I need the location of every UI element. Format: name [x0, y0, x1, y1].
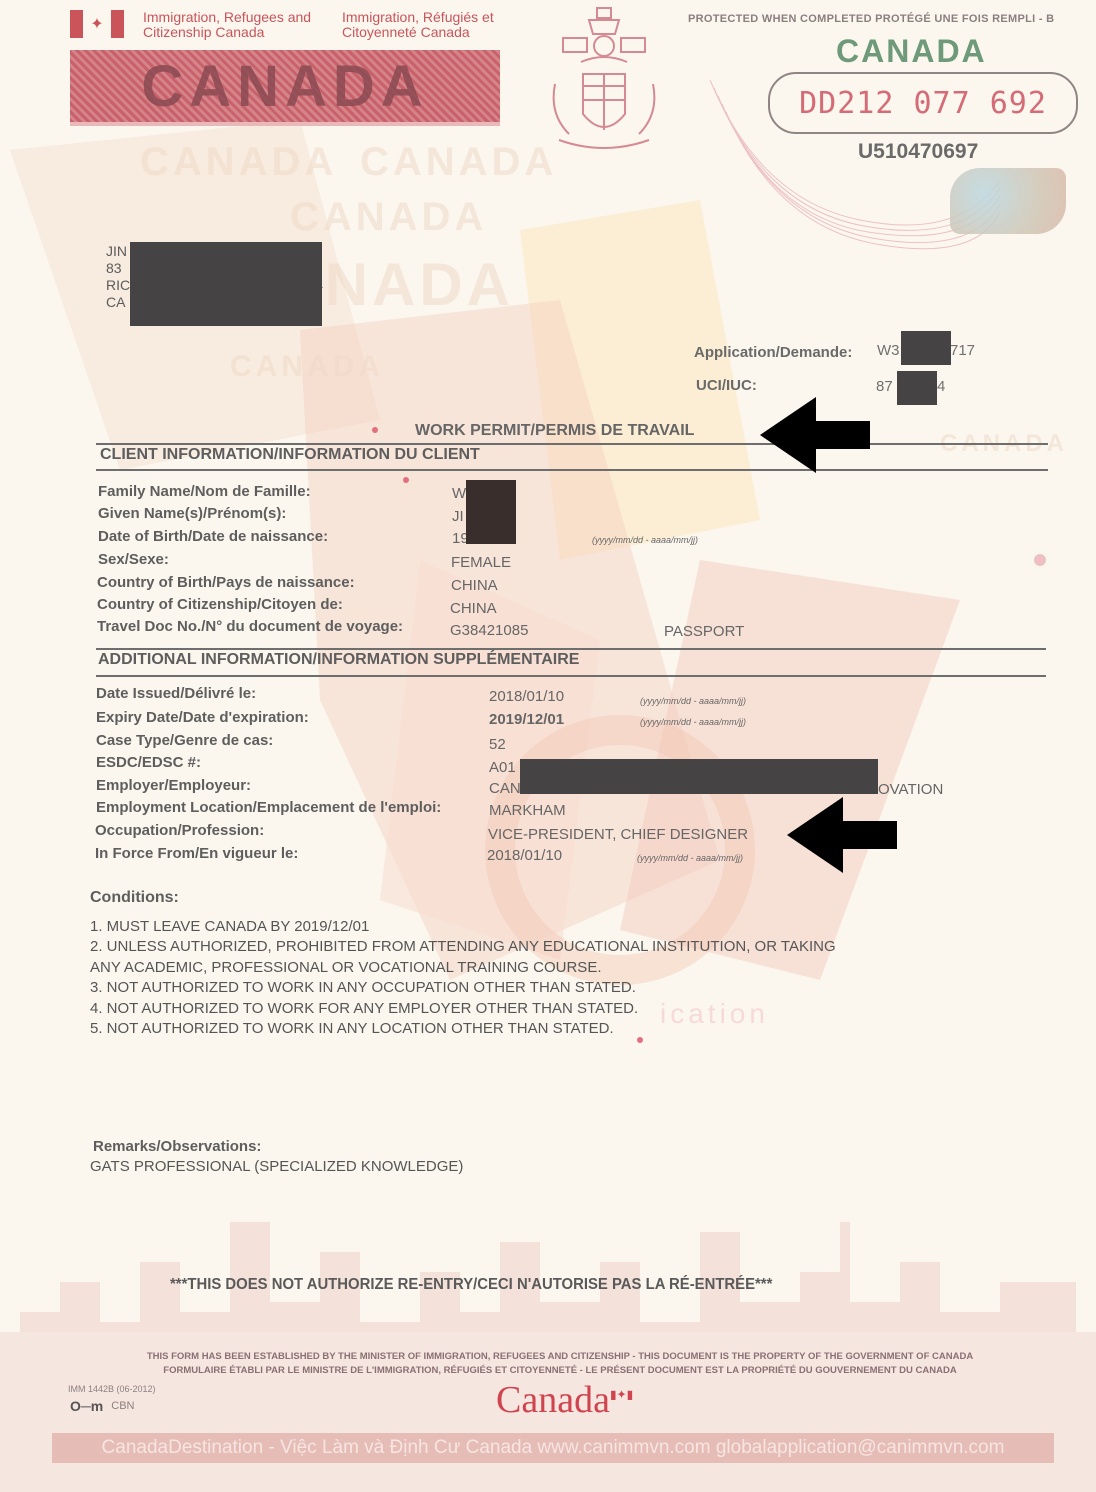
field-label: Date Issued/Délivré le:: [96, 685, 256, 702]
country-of-birth-value: CHINA: [451, 577, 498, 594]
date-format-hint: (yyyy/mm/dd - aaaa/mm/jj): [592, 535, 698, 545]
legal-notice: THIS FORM HAS BEEN ESTABLISHED BY THE MI…: [60, 1350, 1060, 1378]
travel-doc-value: G38421085: [450, 622, 528, 639]
date-issued-value: 2018/01/10: [489, 688, 564, 705]
field-label: In Force From/En vigueur le:: [95, 845, 298, 862]
employer-value-tail: OVATION: [878, 781, 943, 798]
redaction-block: [130, 242, 322, 326]
sex-value: FEMALE: [451, 554, 511, 571]
condition-item: ANY ACADEMIC, PROFESSIONAL OR VOCATIONAL…: [90, 958, 836, 979]
remarks-text: GATS PROFESSIONAL (SPECIALIZED KNOWLEDGE…: [90, 1157, 463, 1177]
watermark-canada: CANADA: [140, 140, 337, 185]
conditions-section: Conditions: 1. MUST LEAVE CANADA BY 2019…: [90, 888, 836, 1040]
field-label: Family Name/Nom de Famille:: [98, 483, 311, 500]
condition-item: 4. NOT AUTHORIZED TO WORK FOR ANY EMPLOY…: [90, 999, 836, 1020]
field-case-type: Case Type/Genre de cas:: [96, 732, 273, 749]
employer-value: CAN: [489, 780, 521, 797]
watermark-canada: CANADA: [230, 350, 384, 384]
hologram-seal-icon: [950, 168, 1066, 234]
date-format-hint: (yyyy/mm/dd - aaaa/mm/jj): [637, 853, 743, 863]
printer-code: CBN: [111, 1400, 134, 1412]
date-format-hint: (yyyy/mm/dd - aaaa/mm/jj): [640, 717, 746, 727]
field-in-force-from: In Force From/En vigueur le:: [95, 845, 298, 862]
flag-mini-icon: ▮✦▮: [610, 1387, 633, 1401]
family-name-value: W: [452, 485, 466, 502]
promo-banner: CanadaDestination - Việc Làm và Định Cư …: [52, 1433, 1054, 1463]
date-format-hint: (yyyy/mm/dd - aaaa/mm/jj): [640, 696, 746, 706]
department-en-line2: Citizenship Canada: [143, 25, 311, 40]
field-employer: Employer/Employeur:: [96, 777, 251, 794]
case-type-value: 52: [489, 736, 506, 753]
uci-value-suffix: 4: [937, 378, 945, 395]
field-country-of-birth: Country of Birth/Pays de naissance:: [97, 574, 355, 591]
condition-item: 2. UNLESS AUTHORIZED, PROHIBITED FROM AT…: [90, 937, 836, 958]
field-label: Country of Citizenship/Citoyen de:: [97, 596, 343, 613]
promo-banner-text: CanadaDestination - Việc Làm và Định Cư …: [102, 1437, 1005, 1459]
divider: [96, 675, 1046, 677]
field-esdc: ESDC/EDSC #:: [96, 754, 201, 771]
coat-of-arms-icon: [545, 4, 663, 158]
citizenship-value: CHINA: [450, 600, 497, 617]
field-label: Given Name(s)/Prénom(s):: [98, 505, 286, 522]
canada-flag-icon: ✦: [70, 10, 124, 38]
travel-doc-type: PASSPORT: [664, 623, 744, 640]
document-serial: DD212 077 692: [799, 86, 1047, 121]
given-name-value: JI: [452, 508, 464, 525]
field-date-issued: Date Issued/Délivré le:: [96, 685, 256, 702]
field-given-name: Given Name(s)/Prénom(s):: [98, 505, 286, 522]
document-title: WORK PERMIT/PERMIS DE TRAVAIL: [415, 422, 694, 440]
uci-label: UCI/IUC:: [696, 377, 757, 394]
arrow-left-icon: [787, 797, 897, 873]
field-family-name: Family Name/Nom de Famille:: [98, 483, 311, 500]
redaction-block: [520, 759, 878, 794]
in-force-from-value: 2018/01/10: [487, 847, 562, 864]
employment-location-value: MARKHAM: [489, 802, 566, 819]
department-en-line1: Immigration, Refugees and: [143, 10, 311, 25]
field-label: Travel Doc No./N° du document de voyage:: [97, 618, 403, 635]
additional-info-heading: ADDITIONAL INFORMATION/INFORMATION SUPPL…: [98, 651, 579, 669]
canada-wordmark: Canada▮✦▮: [496, 1378, 633, 1422]
reentry-notice: ***THIS DOES NOT AUTHORIZE RE-ENTRY/CECI…: [170, 1276, 772, 1294]
recipient-address: JIN 83 RIC CA: [106, 243, 130, 311]
remarks-section: Remarks/Observations: GATS PROFESSIONAL …: [90, 1137, 463, 1177]
divider: [96, 648, 1046, 650]
department-fr-line1: Immigration, Réfugiés et: [342, 10, 494, 25]
document-uid: U510470697: [858, 140, 978, 164]
address-line: CA: [106, 294, 130, 311]
condition-item: 1. MUST LEAVE CANADA BY 2019/12/01: [90, 917, 836, 938]
arrow-left-icon: [760, 397, 870, 473]
address-line: 83: [106, 260, 130, 277]
field-label: Country of Birth/Pays de naissance:: [97, 574, 355, 591]
divider: [96, 469, 1048, 471]
condition-item: 3. NOT AUTHORIZED TO WORK IN ANY OCCUPAT…: [90, 978, 836, 999]
printer-mark: O─m CBN: [70, 1398, 135, 1414]
legal-notice-fr: FORMULAIRE ÉTABLI PAR LE MINISTRE DE L'I…: [60, 1364, 1060, 1378]
redaction-block: [466, 480, 516, 544]
application-value-prefix: W3: [877, 342, 900, 359]
field-label: Employer/Employeur:: [96, 777, 251, 794]
field-label: Employment Location/Emplacement de l'emp…: [96, 799, 441, 816]
client-info-heading: CLIENT INFORMATION/INFORMATION DU CLIENT: [100, 446, 480, 464]
uci-value-prefix: 87: [876, 378, 893, 395]
department-name-fr: Immigration, Réfugiés et Citoyenneté Can…: [342, 10, 494, 40]
address-line: JIN: [106, 243, 130, 260]
occupation-value: VICE-PRESIDENT, CHIEF DESIGNER: [488, 826, 748, 843]
redaction-block: [901, 331, 951, 365]
field-label: Expiry Date/Date d'expiration:: [96, 709, 309, 726]
legal-notice-en: THIS FORM HAS BEEN ESTABLISHED BY THE MI…: [60, 1350, 1060, 1364]
field-date-of-birth: Date of Birth/Date de naissance:: [98, 528, 328, 545]
watermark-canada: CANADA: [360, 140, 557, 185]
protected-notice: PROTECTED WHEN COMPLETED PROTÉGÉ UNE FOI…: [688, 13, 1054, 25]
country-label: CANADA: [836, 33, 987, 70]
field-sex: Sex/Sexe:: [98, 551, 169, 568]
field-expiry-date: Expiry Date/Date d'expiration:: [96, 709, 309, 726]
field-country-of-citizenship: Country of Citizenship/Citoyen de:: [97, 596, 343, 613]
field-employment-location: Employment Location/Emplacement de l'emp…: [96, 799, 441, 816]
remarks-heading: Remarks/Observations:: [93, 1137, 463, 1157]
field-label: Occupation/Profession:: [95, 822, 264, 839]
form-id: IMM 1442B (06-2012): [68, 1384, 156, 1394]
field-label: Date of Birth/Date de naissance:: [98, 528, 328, 545]
document-serial-box: DD212 077 692: [768, 72, 1078, 134]
wordmark-text: Canada: [496, 1379, 610, 1421]
watermark-canada: CANADA: [290, 195, 487, 240]
department-fr-line2: Citoyenneté Canada: [342, 25, 494, 40]
field-label: ESDC/EDSC #:: [96, 754, 201, 771]
field-travel-doc: Travel Doc No./N° du document de voyage:: [97, 618, 403, 635]
esdc-value: A01: [489, 759, 516, 776]
key-icon: O─m: [70, 1398, 103, 1414]
redaction-block: [897, 371, 937, 405]
canada-banner: CANADA: [70, 50, 500, 126]
department-name-en: Immigration, Refugees and Citizenship Ca…: [143, 10, 311, 40]
application-label: Application/Demande:: [694, 344, 852, 361]
divider: [96, 443, 1048, 445]
address-line: RIC: [106, 277, 130, 294]
field-label: Case Type/Genre de cas:: [96, 732, 273, 749]
banner-word: CANADA: [141, 53, 428, 120]
field-label: Sex/Sexe:: [98, 551, 169, 568]
expiry-date-value: 2019/12/01: [489, 711, 564, 728]
condition-item: 5. NOT AUTHORIZED TO WORK IN ANY LOCATIO…: [90, 1019, 836, 1040]
conditions-heading: Conditions:: [90, 888, 836, 909]
field-occupation: Occupation/Profession:: [95, 822, 264, 839]
application-value-suffix: 717: [950, 342, 975, 359]
